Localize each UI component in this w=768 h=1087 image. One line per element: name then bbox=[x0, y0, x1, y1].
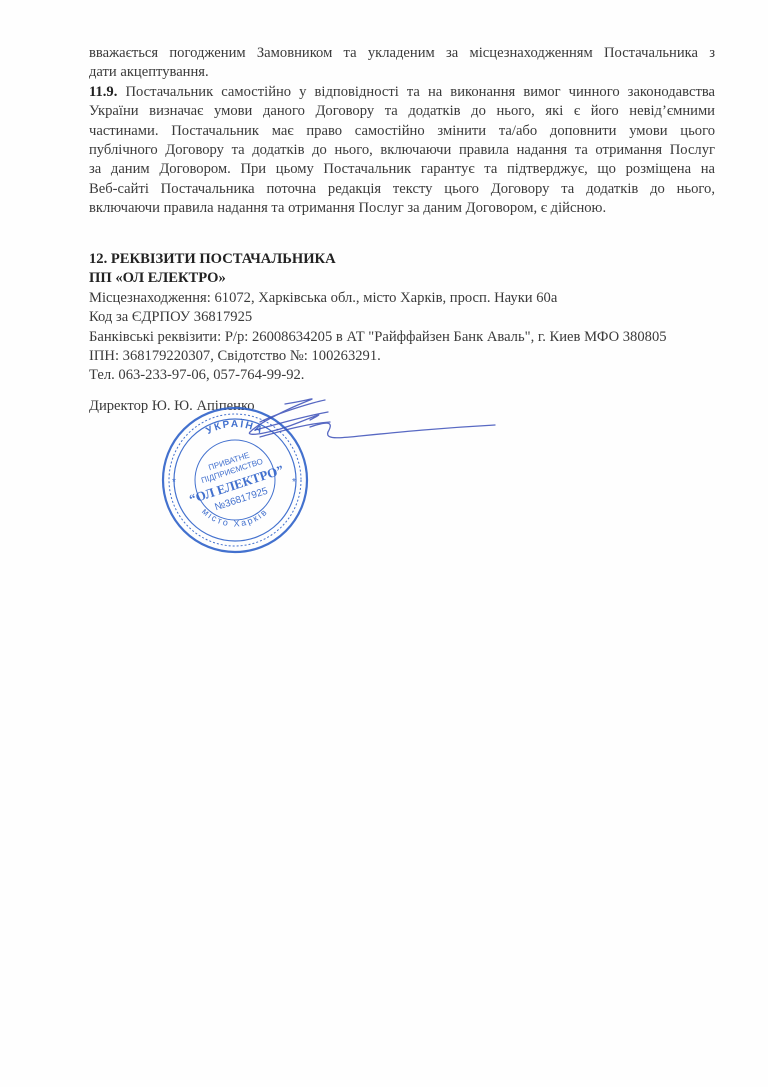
section-heading: 12. РЕКВІЗИТИ ПОСТАЧАЛЬНИКА bbox=[89, 250, 715, 269]
company-address: Місцезнаходження: 61072, Харківська обл.… bbox=[89, 289, 715, 308]
company-name: ПП «ОЛ ЕЛЕКТРО» bbox=[89, 269, 715, 288]
contract-text: вважається погодженим Замовником та укла… bbox=[89, 44, 715, 219]
svg-text:*: * bbox=[172, 477, 176, 488]
company-tax-id: ІПН: 368179220307, Свідотство №: 1002632… bbox=[89, 347, 715, 366]
handwritten-signature-icon bbox=[200, 392, 500, 462]
supplier-details: 12. РЕКВІЗИТИ ПОСТАЧАЛЬНИКА ПП «ОЛ ЕЛЕКТ… bbox=[89, 250, 715, 386]
paragraph-line: частинами. Постачальник має право самост… bbox=[89, 122, 715, 141]
stamp-bottom-text: місто Харків bbox=[200, 506, 270, 528]
company-edrpou: Код за ЄДРПОУ 36817925 bbox=[89, 308, 715, 327]
paragraph-line: включаючи правила надання та отримання П… bbox=[89, 199, 715, 218]
paragraph-line: публічного Договору та додатків до нього… bbox=[89, 141, 715, 160]
clause-text: Постачальник самостійно у відповідності … bbox=[117, 84, 715, 100]
paragraph-line: Веб-сайті Постачальника поточна редакція… bbox=[89, 180, 715, 199]
paragraph-line: за даним Договором. При цьому Постачальн… bbox=[89, 160, 715, 179]
clause-11-9-first-line: 11.9. Постачальник самостійно у відповід… bbox=[89, 83, 715, 102]
paragraph-line: дати акцептування. bbox=[89, 63, 715, 82]
company-phones: Тел. 063-233-97-06, 057-764-99-92. bbox=[89, 366, 715, 385]
clause-number: 11.9. bbox=[89, 84, 117, 100]
company-bank: Банківські реквізити: Р/р: 26008634205 в… bbox=[89, 328, 715, 347]
svg-text:місто Харків: місто Харків bbox=[200, 506, 270, 528]
paragraph-line: України визначає умови даного Договору т… bbox=[89, 102, 715, 121]
paragraph-line: вважається погодженим Замовником та укла… bbox=[89, 44, 715, 63]
document-page: вважається погодженим Замовником та укла… bbox=[0, 0, 768, 1087]
svg-text:*: * bbox=[292, 477, 296, 488]
